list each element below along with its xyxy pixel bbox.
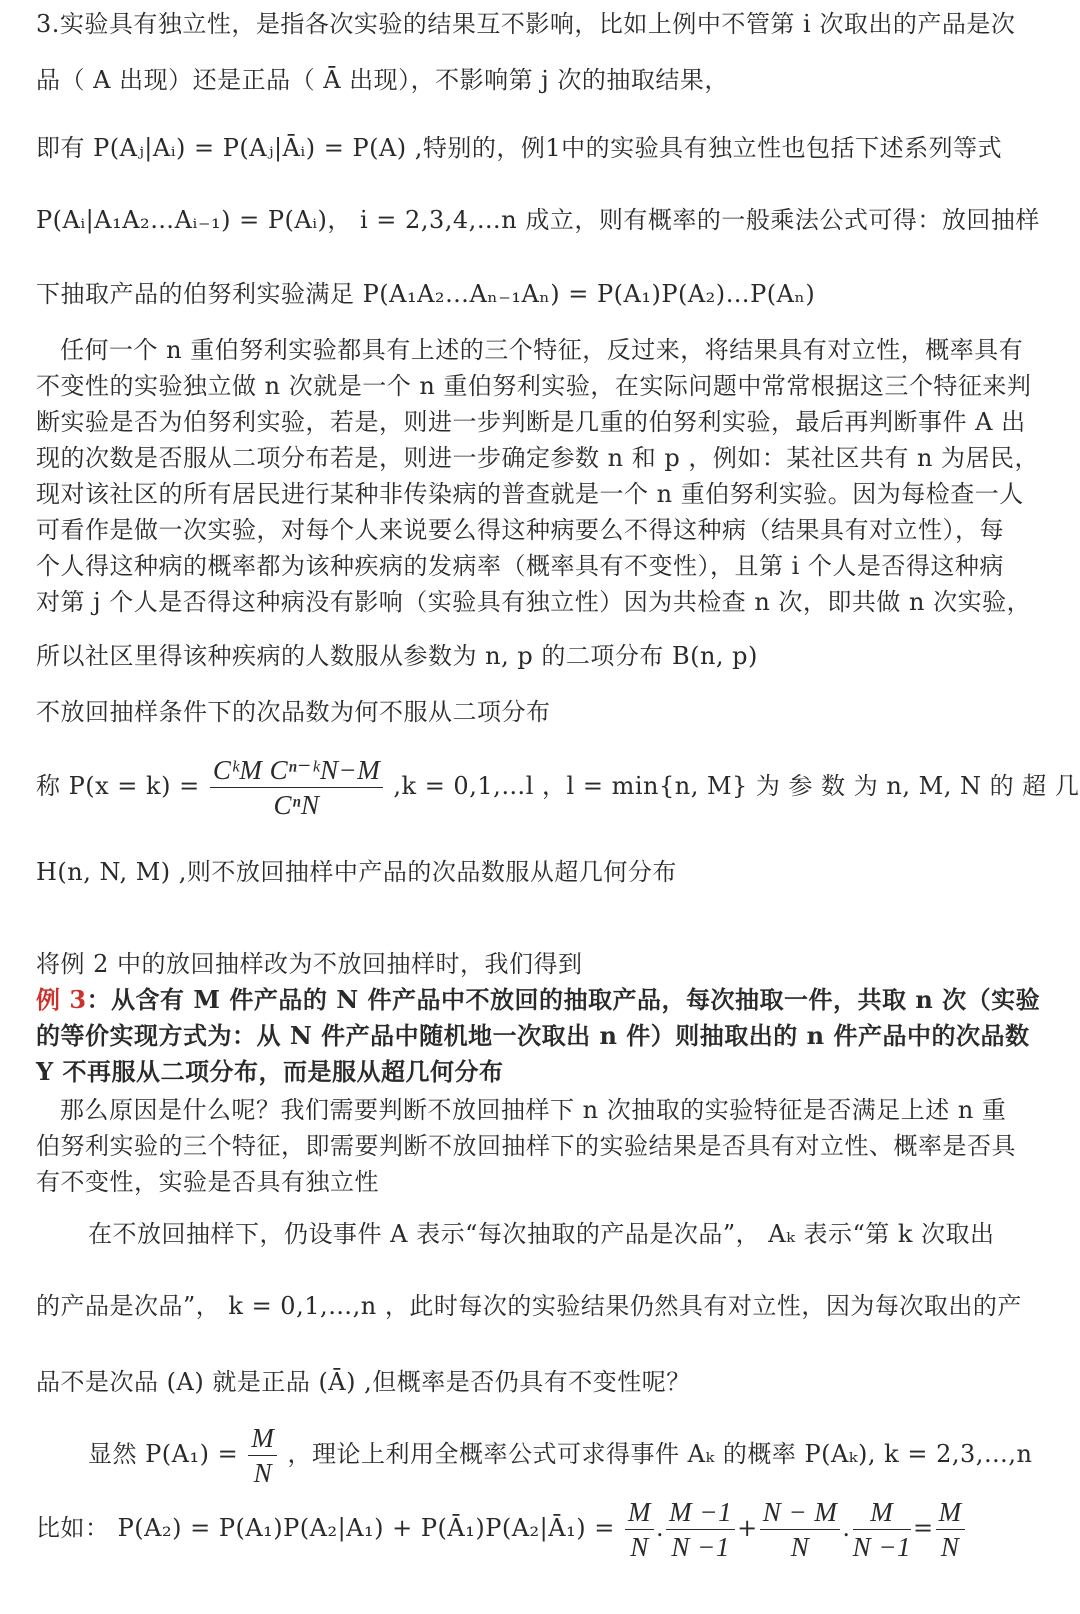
paragraph-line: 品不是次品 (A) 就是正品 (Ā) ,但概率是否仍具有不变性呢？ [36, 1366, 1040, 1398]
example-line: 例 3：从含有 M 件产品的 N 件产品中不放回的抽取产品，每次抽取一件，共取 … [36, 984, 1040, 1016]
fraction: MN [936, 1495, 965, 1564]
formula-suffix: ,k = 0,1,…l ，l = min{n, M} 为 参 数 为 n, M,… [393, 772, 1080, 800]
paragraph-line: 不变性的实验独立做 n 次就是一个 n 重伯努利实验，在实际问题中常常根据这三个… [36, 370, 1040, 402]
formula-line: 显然 P(A₁) = M N ，理论上利用全概率公式可求得事件 Aₖ 的概率 P… [36, 1420, 1040, 1490]
example-text: ：从含有 M 件产品的 N 件产品中不放回的抽取产品，每次抽取一件，共取 n 次… [87, 985, 1041, 1014]
formula-line: P(Aᵢ|A₁A₂…Aᵢ₋₁) = P(Aᵢ)， i = 2,3,4,…n 成立… [36, 204, 1040, 236]
fraction: MN −1 [853, 1495, 911, 1564]
paragraph-line: 对第 j 个人是否得这种病没有影响（实验具有独立性）因为共检查 n 次，即共做 … [36, 586, 1040, 618]
section-heading: 不放回抽样条件下的次品数为何不服从二项分布 [36, 696, 1040, 728]
example-label: 例 3 [36, 985, 87, 1014]
fraction: MN [625, 1495, 654, 1564]
fraction-denominator: CⁿN [210, 788, 383, 822]
formula-suffix: ，理论上利用全概率公式可求得事件 Aₖ 的概率 P(Aₖ), k = 2,3,…… [287, 1440, 1032, 1468]
fraction-numerator: M [625, 1495, 654, 1530]
formula-line: 下抽取产品的伯努利实验满足 P(A₁A₂…Aₙ₋₁Aₙ) = P(A₁)P(A₂… [36, 278, 1040, 310]
hypergeometric-definition: 称 P(x = k) = CᵏM Cⁿ⁻ᵏN−M CⁿN ,k = 0,1,…l… [36, 752, 1040, 822]
fraction-numerator: M −1 [666, 1495, 735, 1530]
paragraph-line: 有不变性，实验是否具有独立性 [36, 1166, 1040, 1198]
paragraph-line: 可看作是做一次实验，对每个人来说要么得这种病要么不得这种病（结果具有对立性），每 [36, 514, 1040, 546]
fraction-denominator: N [936, 1530, 965, 1564]
paragraph-line: 将例 2 中的放回抽样改为不放回抽样时，我们得到 [36, 948, 1040, 980]
fraction: N − MN [760, 1495, 841, 1564]
fraction: M N [248, 1421, 277, 1490]
formula-prefix: 比如： P(A₂) = P(A₁)P(A₂|A₁) + P(Ā₁)P(A₂|Ā₁… [36, 1514, 615, 1542]
example-line: Y 不再服从二项分布，而是服从超几何分布 [36, 1056, 1040, 1088]
fraction-denominator: N −1 [666, 1530, 735, 1564]
paragraph-line: 的产品是次品”， k = 0,1,…,n ，此时每次的实验结果仍然具有对立性，因… [36, 1290, 1040, 1322]
fraction-numerator: M [853, 1495, 911, 1530]
fraction-numerator: M [248, 1421, 277, 1456]
paragraph-line: 品（ A 出现）还是正品（ Ā 出现），不影响第 j 次的抽取结果， [36, 64, 1040, 96]
formula-prefix: 称 P(x = k) = [36, 772, 200, 800]
fraction-numerator: CᵏM Cⁿ⁻ᵏN−M [210, 753, 383, 788]
paragraph-line: 所以社区里得该种疾病的人数服从参数为 n, p 的二项分布 B(n, p) [36, 640, 1040, 672]
formula-line: H(n, N, M) ,则不放回抽样中产品的次品数服从超几何分布 [36, 856, 1040, 888]
fraction-numerator: M [936, 1495, 965, 1530]
paragraph-line: 现对该社区的所有居民进行某种非传染病的普查就是一个 n 重伯努利实验。因为每检查… [36, 478, 1040, 510]
paragraph-line: 伯努利实验的三个特征，即需要判断不放回抽样下的实验结果是否具有对立性、概率是否具 [36, 1130, 1040, 1162]
fraction: CᵏM Cⁿ⁻ᵏN−M CⁿN [210, 753, 383, 822]
formula-line: 比如： P(A₂) = P(A₁)P(A₂|A₁) + P(Ā₁)P(A₂|Ā₁… [36, 1494, 1040, 1564]
paragraph-line: 个人得这种病的概率都为该种疾病的发病率（概率具有不变性），且第 i 个人是否得这… [36, 550, 1040, 582]
formula-line: 即有 P(Aⱼ|Aᵢ) = P(Aⱼ|Āᵢ) = P(A) ,特别的，例1中的实… [36, 132, 1040, 164]
paragraph-line: 断实验是否为伯努利实验，若是，则进一步判断是几重的伯努利实验，最后再判断事件 A… [36, 406, 1040, 438]
fraction: M −1N −1 [666, 1495, 735, 1564]
paragraph-line: 任何一个 n 重伯努利实验都具有上述的三个特征，反过来，将结果具有对立性，概率具… [36, 334, 1040, 366]
fraction-denominator: N −1 [853, 1530, 911, 1564]
paragraph-line: 3.实验具有独立性，是指各次实验的结果互不影响，比如上例中不管第 i 次取出的产… [36, 8, 1040, 40]
paragraph-line: 在不放回抽样下，仍设事件 A 表示“每次抽取的产品是次品”， Aₖ 表示“第 k… [36, 1218, 1040, 1250]
example-line: 的等价实现方式为：从 N 件产品中随机地一次取出 n 件）则抽取出的 n 件产品… [36, 1020, 1040, 1052]
paragraph-line: 那么原因是什么呢？我们需要判断不放回抽样下 n 次抽取的实验特征是否满足上述 n… [36, 1094, 1040, 1126]
fraction-numerator: N − M [760, 1495, 841, 1530]
fraction-denominator: N [248, 1456, 277, 1490]
paragraph-line: 现的次数是否服从二项分布若是，则进一步确定参数 n 和 p ，例如：某社区共有 … [36, 442, 1040, 474]
fraction-denominator: N [760, 1530, 841, 1564]
formula-prefix: 显然 P(A₁) = [88, 1440, 238, 1468]
fraction-denominator: N [625, 1530, 654, 1564]
